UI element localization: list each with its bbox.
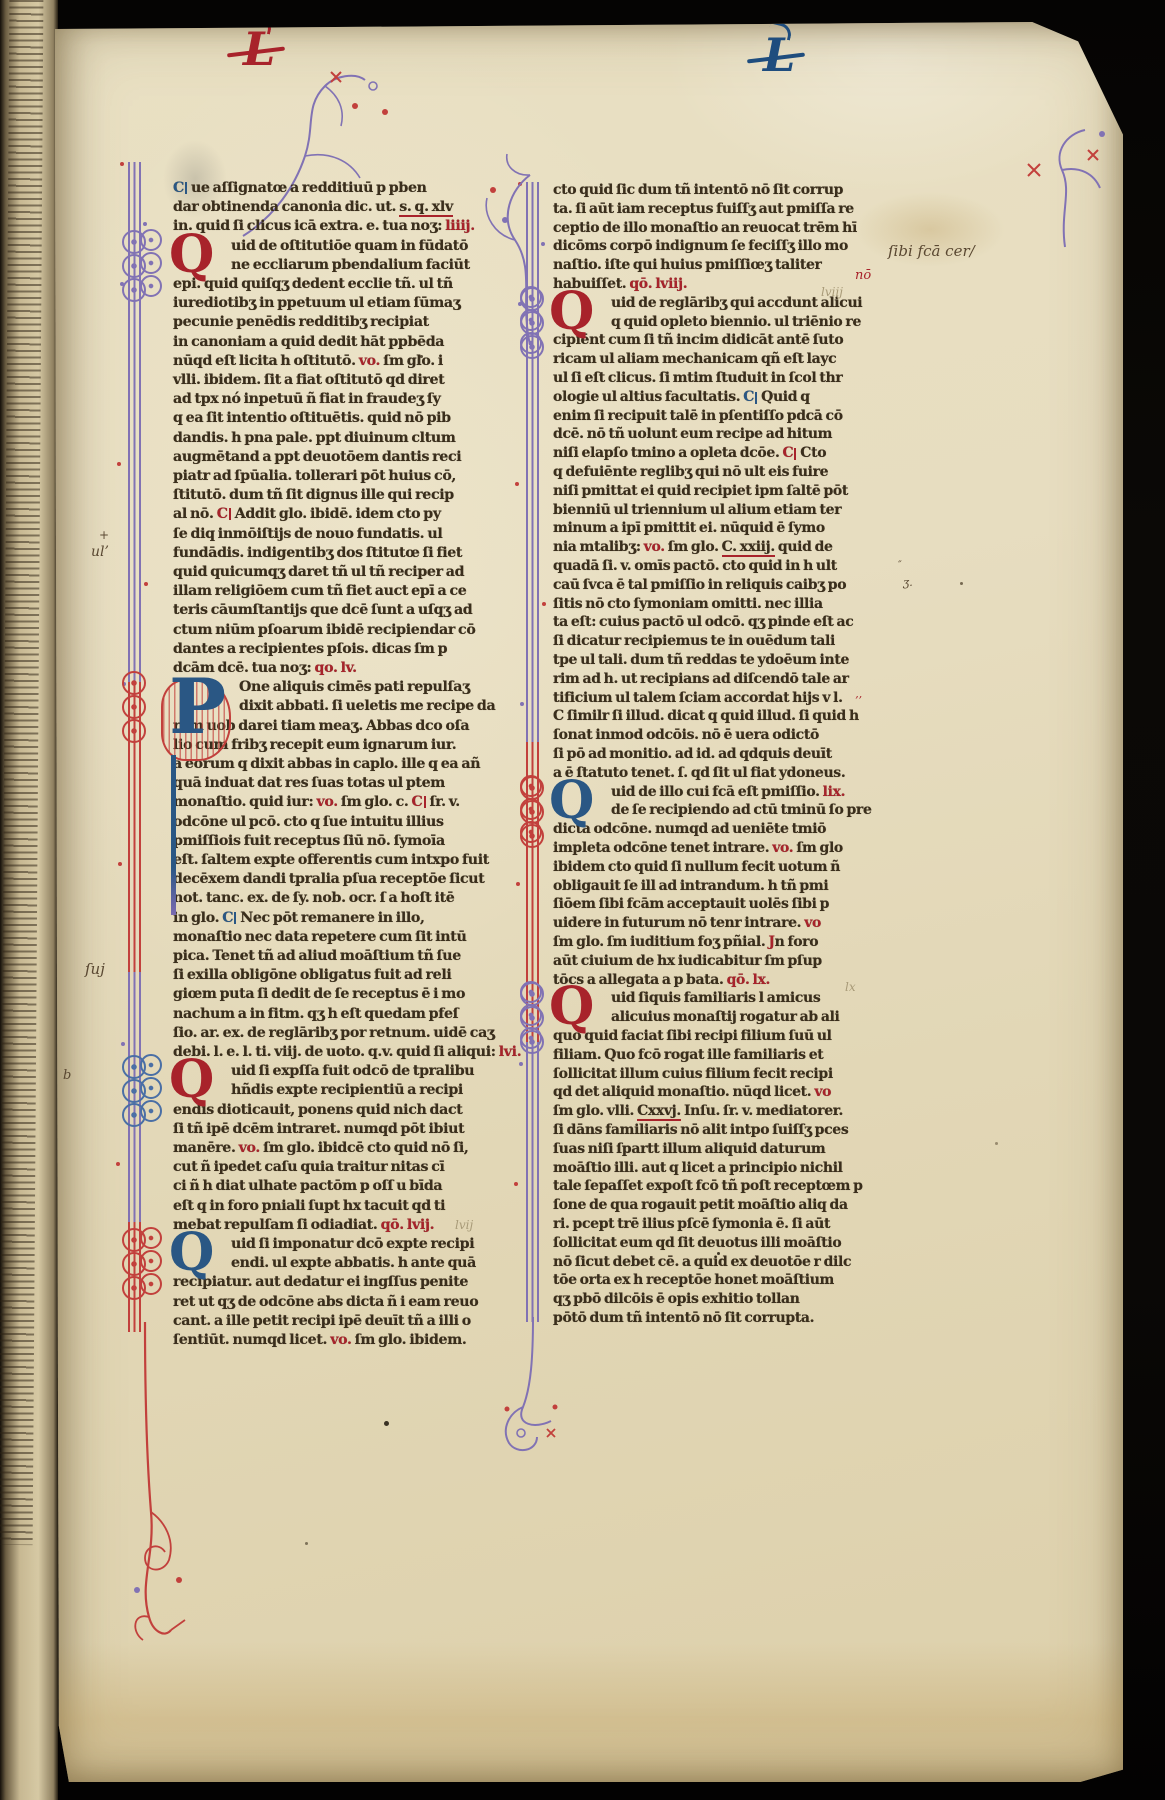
rubric-text: vo.	[359, 353, 380, 369]
manuscript-text-line: in canoniam a quid dedit hāt ppbēda	[173, 334, 444, 350]
body-text: quā induat dat res ſuas totas ul ptem	[173, 775, 445, 791]
parchment-page: L L 10	[55, 22, 1123, 1782]
manuscript-text-line: qʒ pbō dilcōis ē opis exhitio tollan	[553, 1291, 800, 1307]
body-text: q ea ſit intentio oſtituētis. quid nō pi…	[173, 410, 451, 426]
manuscript-text-line: decēxem dandi tpralia pſua receptōe ſicu…	[173, 871, 484, 887]
margin-note: ’’	[855, 694, 862, 707]
manuscript-text-line: pica. Tenet tñ ad aliud moāſtium tñ ſue	[173, 948, 461, 964]
body-text: de ſe recipiendo ad ctū tminū ſo pre	[611, 802, 872, 818]
manuscript-text-line: monaſtio nec data repetere cum ſit intū	[173, 929, 466, 945]
manuscript-text-line: ſi dicatur recipiemus te in ouēdum tali	[553, 633, 835, 649]
manuscript-text-line: not. tanc. ex. de ſy. nob. ocr. ſ a hoſt…	[173, 890, 454, 906]
body-text: ſone de qua rogauit petit moāſtio aliq d…	[553, 1197, 848, 1213]
manuscript-text-line: ſuas niſi ſpartt illum aliquid daturum	[553, 1141, 825, 1157]
body-text: pmiſſiois fuit receptus ſiū nō. ſymoīa	[173, 833, 445, 849]
manuscript-text-line: alicuius monaſtij rogatur ab ali	[611, 1009, 840, 1025]
penwork-bar-right	[526, 182, 539, 1322]
body-text: cant. a ille petit recipi ipē deuīt tñ a…	[173, 1313, 471, 1329]
body-text: obligauit ſe ill ad intrandum. h tñ pmi	[553, 878, 828, 894]
body-text: ſm glo.	[665, 539, 722, 555]
manuscript-text-line: ibidem cto quid ſi nullum fecit uotum ñ	[553, 859, 840, 875]
body-text: uid ſiquis familiaris l amicus	[611, 990, 820, 1006]
body-text: ta eſt: cuius pactō ul odcō. qʒ pinde eſ…	[553, 614, 853, 630]
body-text: Quid q	[761, 389, 810, 405]
manuscript-text-line: ſi exilla obligōne obligatus fuit ad rel…	[173, 967, 451, 983]
margin-note: lvij	[455, 1218, 473, 1232]
body-text: ſm glo. ibidem.	[352, 1332, 467, 1348]
body-text: ſollicitat illum cuius filium fecit reci…	[553, 1066, 833, 1082]
body-text: pōtō dum tñ intentō nō ſit corrupta.	[553, 1310, 814, 1326]
illuminated-initial-Q: Q	[549, 289, 609, 336]
manuscript-text-line: uid de oſtitutiōe quam in fūdatō	[231, 238, 468, 254]
manuscript-text-line: ſonat inmod odcōis. nō ē uera odictō	[553, 727, 819, 743]
body-text: nachum a in fitm. qʒ h eſt quedam pfeſ	[173, 1006, 458, 1022]
manuscript-text-line: q ea ſit intentio oſtituētis. quid nō pi…	[173, 410, 451, 426]
manuscript-text-line: de ſe recipiendo ad ctū tminū ſo pre	[611, 802, 872, 818]
manuscript-text-line: obligauit ſe ill ad intrandum. h tñ pmi	[553, 878, 828, 894]
manuscript-text-line: ctum niūm pſoarum ibidē recipiendar cō	[173, 622, 475, 638]
manuscript-text-line: tificium ul talem ſciam accordat hijs v …	[553, 690, 843, 706]
body-text: ſe diq inmōiſtijs de nouo fundatis. ul	[173, 526, 442, 542]
margin-note: ſibi fcā cer/	[888, 242, 975, 260]
initial-letter: P	[169, 662, 226, 751]
penwork-knot-cluster	[517, 982, 547, 1054]
body-text: C. xxiij.	[722, 539, 775, 557]
body-text: dcē. nō tñ uolunt eum recipe ad hitum	[553, 426, 832, 442]
body-text: One aliquis cimēs pati repulſaʒ	[239, 679, 470, 695]
body-text: ci ñ h diat ulhate pactōm p oſſ u bīda	[173, 1178, 442, 1194]
body-text: a eorum q dixit abbas in caplo. ille q e…	[173, 756, 480, 772]
manuscript-text-line: dcē. nō tñ uolunt eum recipe ad hitum	[553, 426, 832, 442]
running-head-letter-blue: L	[763, 32, 795, 78]
manuscript-text-line: manēre. vo. ſm glo. ibidcē cto quid nō ſ…	[173, 1140, 469, 1156]
paraph-mark: C	[222, 912, 236, 924]
body-text: tale ſepaſſet expoſt fcō tñ poſt receptœ…	[553, 1178, 863, 1194]
body-text: Addit glo. ibidē. idem cto py	[235, 506, 441, 522]
margin-note: +	[99, 528, 109, 542]
body-text: piatr ad ſpūalia. tollerari pōt huius cō…	[173, 468, 456, 484]
body-text: vlli. ibidem. ſit a fiat oſtitutō qd dir…	[173, 372, 444, 388]
body-text: ologie ul altius facultatis.	[553, 389, 743, 405]
body-text: nia mtalibʒ:	[553, 539, 644, 555]
body-text: uid de illo cui fcā eſt pmiſſio.	[611, 784, 823, 800]
rubric-text: vo.	[330, 1332, 351, 1348]
manuscript-text-line: uidere in futurum nō tenr intrare. vo	[553, 915, 821, 931]
margin-note: lx	[845, 980, 856, 994]
manuscript-text-line: ceptio de illo monaſtio an reuocat trēm …	[553, 220, 857, 236]
body-text: not. tanc. ex. de ſy. nob. ocr. ſ a hoſt…	[173, 890, 454, 906]
body-text: qʒ pbō dilcōis ē opis exhitio tollan	[553, 1291, 800, 1307]
body-text: ſuas niſi ſpartt illum aliquid daturum	[553, 1141, 825, 1157]
margin-note: nō	[855, 268, 871, 283]
body-text: ne eccliarum pbendalium faciūt	[231, 257, 470, 273]
manuscript-text-line: ſi dāns familiaris nō alit intpo ſuiſſʒ …	[553, 1122, 848, 1138]
manuscript-text-line: niſi elapſo tmino a opleta dcōe. CCto	[553, 445, 826, 461]
manuscript-text-line: dandis. h pna pale. ppt diuinum cltum	[173, 430, 456, 446]
body-text: ſi pō ad monitio. ad id. ad qdquis deuīt	[553, 746, 832, 762]
manuscript-text-line: ci ñ h diat ulhate pactōm p oſſ u bīda	[173, 1178, 442, 1194]
body-text: Cto	[800, 445, 826, 461]
rubric-text: vo.	[239, 1140, 260, 1156]
illuminated-initial-Q: Q	[549, 984, 609, 1031]
facing-page-edge	[0, 0, 58, 1800]
manuscript-text-line: nō ſicut debet cē. a quid ex deuotōe r d…	[553, 1254, 851, 1270]
rubric-text: lix.	[823, 784, 845, 800]
manuscript-text-line: endis dioticauit, ponens quid nich dact	[173, 1102, 462, 1118]
manuscript-text-line: uid ſi imponatur dcō expte recipi	[231, 1236, 474, 1252]
manuscript-text-line: nia mtalibʒ: vo. ſm glo. C. xxiij. quid …	[553, 539, 833, 555]
margin-note: ʒ.	[903, 576, 913, 589]
folio-number: 10	[1089, 37, 1113, 60]
body-text: tōe orta ex h receptōe honet moāſtium	[553, 1272, 834, 1288]
manuscript-text-line: cant. a ille petit recipi ipē deuīt tñ a…	[173, 1313, 471, 1329]
manuscript-text-line: enim ſi recipuit talē in pſentiſſo pdcā …	[553, 408, 843, 424]
manuscript-text-line: al nō. CAddit glo. ibidē. idem cto py	[173, 506, 441, 522]
manuscript-text-line: ſentiūt. numqd licet. vo. ſm glo. ibidem…	[173, 1332, 467, 1348]
manuscript-text-line: ſtitutō. dum tñ ſit dignus ille qui reci…	[173, 487, 454, 503]
manuscript-text-line: eſt q in foro pniali ſupt hx tacuit qd t…	[173, 1198, 445, 1214]
manuscript-text-line: filiam. Quo fcō rogat ille familiaris et	[553, 1047, 823, 1063]
manuscript-text-line: a eorum q dixit abbas in caplo. ille q e…	[173, 756, 480, 772]
body-text: enim ſi recipuit talē in pſentiſſo pdcā …	[553, 408, 843, 424]
body-text: ſm glo. ſm iuditium foʒ pñial.	[553, 934, 768, 950]
body-text: tpe ul tali. dum tñ reddas te ydoēum int…	[553, 652, 849, 668]
manuscript-text-line: niſi pmittat ei quid recipiet ipm ſaltē …	[553, 483, 848, 499]
margin-note: lviij	[821, 285, 843, 299]
body-text: ſio. ar. ex. de reglāribʒ por retnum. ui…	[173, 1025, 495, 1041]
body-text: ad tpx nó inpetuū ñ fiat in fraudeʒ ſy	[173, 391, 441, 407]
body-text: quadā ſi. v. omīs pactō. cto quid in h u…	[553, 558, 837, 574]
manuscript-text-line: ri. pcept trē ilius pſcē ſymonia ē. ſi a…	[553, 1216, 830, 1232]
penwork-knot-cluster	[119, 1228, 149, 1300]
paraph-mark: C	[412, 796, 426, 808]
manuscript-text-line: dantes a recipientes pſois. dicas ſm p	[173, 641, 447, 657]
body-text: filiam. Quo fcō rogat ille familiaris et	[553, 1047, 823, 1063]
body-text: nō ſicut debet cē. a quid ex deuotōe r d…	[553, 1254, 851, 1270]
manuscript-text-line: pecunie penēdis redditibʒ recipiat	[173, 314, 429, 330]
body-text: ſi dāns familiaris nō alit intpo ſuiſſʒ …	[553, 1122, 848, 1138]
paraph-mark: C	[173, 182, 187, 194]
manuscript-text-line: minum a ipī pmittit ei. nūquid ē ſymo	[553, 520, 825, 536]
manuscript-text-line: ta eſt: cuius pactō ul odcō. qʒ pinde eſ…	[553, 614, 853, 630]
penwork-bar-left	[128, 162, 141, 1332]
body-text: pica. Tenet tñ ad aliud moāſtium tñ ſue	[173, 948, 461, 964]
initial-letter: Q	[169, 224, 214, 285]
rubric-text: qō. lx.	[727, 972, 770, 988]
manuscript-text-line: pmiſſiois fuit receptus ſiū nō. ſymoīa	[173, 833, 445, 849]
manuscript-text-line: giœm puta ſi dedit de ſe receptus ē i mo	[173, 986, 465, 1002]
body-text: ue aſſignatœ a redditiuū p pben	[191, 180, 427, 196]
body-text: Cxxvj.	[637, 1103, 681, 1121]
body-text: cto quid ſic dum tñ intentō nō ſit corru…	[553, 182, 843, 198]
manuscript-text-line: One aliquis cimēs pati repulſaʒ	[239, 679, 470, 695]
body-text: hñdis expte recipientiū a recipi	[231, 1082, 463, 1098]
body-text: monaſtio nec data repetere cum ſit intū	[173, 929, 466, 945]
manuscript-text-line: dicōms corpō indignum ſe feciſſʒ illo mo	[553, 238, 848, 254]
manuscript-text-line: epi. quid quiſqʒ dedent ecclie tñ. ul tñ	[173, 276, 453, 292]
initial-letter: Q	[169, 1222, 214, 1283]
manuscript-text-line: ſio. ar. ex. de reglāribʒ por retnum. ui…	[173, 1025, 495, 1041]
penwork-beads	[120, 162, 124, 166]
body-text: teris cāumſtantijs que dcē ſunt a uſqʒ a…	[173, 602, 472, 618]
manuscript-text-line: ricam ul aliam mechanicam qñ eſt layc	[553, 351, 836, 367]
manuscript-text-line: uid ſiquis familiaris l amicus	[611, 990, 820, 1006]
body-text: ſiōem ſibi fcām acceptauit uolēs ſibi p	[553, 896, 829, 912]
body-text: ri. pcept trē ilius pſcē ſymonia ē. ſi a…	[553, 1216, 830, 1232]
manuscript-text-line: fundādis. indigentibʒ dos ſtitutœ ſi fie…	[173, 545, 462, 561]
body-text: pecunie penēdis redditibʒ recipiat	[173, 314, 429, 330]
body-text: alicuius monaſtij rogatur ab ali	[611, 1009, 840, 1025]
parchment-stain-bottom	[55, 1642, 1123, 1782]
body-text: q quid opleto biennio. ul triēnio re	[611, 314, 861, 330]
body-text: ſi tñ ipē dcēm intraret. numqd pōt ibiut	[173, 1121, 464, 1137]
body-text: ſentiūt. numqd licet.	[173, 1332, 330, 1348]
margin-note: ″	[898, 560, 902, 571]
body-text: dandis. h pna pale. ppt diuinum cltum	[173, 430, 456, 446]
manuscript-text-line: rim ad h. ut recipians ad diſcendō tale …	[553, 671, 849, 687]
body-text: eſt. ſaltem expte offerentis cum intxpo …	[173, 852, 489, 868]
body-text: fundādis. indigentibʒ dos ſtitutœ ſi fie…	[173, 545, 462, 561]
manuscript-text-line: moāſtio illi. aut q licet a principio ni…	[553, 1160, 843, 1176]
illuminated-initial-P: P	[169, 673, 229, 741]
facing-page-text-lines	[0, 0, 43, 1545]
rubric-text: liiij.	[445, 218, 475, 234]
manuscript-text-line: ret ut qʒ de odcōne abs dicta ñ i eam re…	[173, 1294, 478, 1310]
manuscript-text-line: uid ſi expſſa fuit odcō de tpralibu	[231, 1063, 474, 1079]
initial-descender	[171, 755, 176, 915]
manuscript-text-line: ta. ſi aūt iam receptus fuiſſʒ aut pmiſſ…	[553, 201, 854, 217]
body-text: q defuiēnte reglibʒ qui nō ult eis fuire	[553, 464, 828, 480]
rubric-text: vo	[814, 1084, 831, 1100]
manuscript-text-line: dar obtinenda canonia dic. ut. s. q. xlv	[173, 199, 453, 215]
manuscript-text-line: ſm glo. vlli. Cxxvj. Inſu. ſr. v. mediat…	[553, 1103, 843, 1119]
rubric-text: vo.	[316, 794, 337, 810]
body-text: qd det aliquid monaſtio. nūqd licet.	[553, 1084, 814, 1100]
body-text: ceptio de illo monaſtio an reuocat trēm …	[553, 220, 857, 236]
manuscript-text-line: quid quicumqʒ daret tñ ul tñ reciper ad	[173, 564, 464, 580]
body-text: Inſu. ſr. v. mediatorer.	[681, 1103, 843, 1119]
penwork-sprig-top-right	[1010, 122, 1120, 252]
paraph-mark: C	[783, 448, 797, 460]
rubric-text: vo	[804, 915, 821, 931]
paraph-mark: C	[217, 508, 231, 520]
rubric-text: qō. lvij.	[381, 1217, 435, 1233]
manuscript-text-line: qd det aliquid monaſtio. nūqd licet. vo	[553, 1084, 831, 1100]
body-text: impleta odcōne tenet intrare.	[553, 840, 772, 856]
paraph-mark: C	[743, 392, 757, 404]
manuscript-text-line: dixit abbati. ſi ueletis me recipe da	[239, 698, 495, 714]
initial-letter: Q	[549, 281, 594, 342]
manuscript-text-line: ad tpx nó inpetuū ñ fiat in fraudeʒ ſy	[173, 391, 441, 407]
manuscript-text-line: ſi tñ ipē dcēm intraret. numqd pōt ibiut	[173, 1121, 464, 1137]
body-text: ſm glo	[793, 840, 843, 856]
initial-letter: Q	[169, 1049, 214, 1110]
penwork-tail-left-red	[135, 1322, 225, 1662]
manuscript-text-line: eſt. ſaltem expte offerentis cum intxpo …	[173, 852, 489, 868]
body-text: iurediotibʒ in ppetuum ul etiam ſūmaʒ	[173, 295, 460, 311]
manuscript-text-line: ſi pō ad monitio. ad id. ad qdquis deuīt	[553, 746, 832, 762]
illuminated-initial-Q: Q	[169, 1057, 229, 1104]
body-text: C ſimilr ſi illud. dicat q quid illud. ſ…	[553, 708, 859, 724]
manuscript-text-line: ul ſi eſt clicus. ſi mtim ſtuduit in ſco…	[553, 370, 842, 386]
body-text: dar obtinenda canonia dic. ut.	[173, 199, 399, 215]
manuscript-text-line: impleta odcōne tenet intrare. vo. ſm glo	[553, 840, 843, 856]
manuscript-text-line: ſollicitat illum cuius filium fecit reci…	[553, 1066, 833, 1082]
manuscript-text-line: q quid opleto biennio. ul triēnio re	[611, 314, 861, 330]
manuscript-text-line: nūqd eſt licita h oſtitutō. vo. ſm glo. …	[173, 353, 443, 369]
body-text: in glo.	[173, 910, 222, 926]
body-text: niſi elapſo tmino a opleta dcōe.	[553, 445, 783, 461]
body-text: monaſtio. quid iur:	[173, 794, 316, 810]
penwork-tail-right-violet	[495, 1317, 595, 1467]
body-text: nūqd eſt licita h oſtitutō.	[173, 353, 359, 369]
manuscript-text-line: quadā ſi. v. omīs pactō. cto quid in h u…	[553, 558, 837, 574]
body-text: dixit abbati. ſi ueletis me recipe da	[239, 698, 495, 714]
body-text: manēre.	[173, 1140, 239, 1156]
manuscript-text-line: C ſimilr ſi illud. dicat q quid illud. ſ…	[553, 708, 859, 724]
penwork-knot-cluster	[119, 230, 149, 302]
body-text: ret ut qʒ de odcōne abs dicta ñ i eam re…	[173, 1294, 478, 1310]
body-text: ſm glo. vlli.	[553, 1103, 637, 1119]
body-text: uidere in futurum nō tenr intrare.	[553, 915, 804, 931]
body-text: bienniū ul triennium ul alium etiam ter	[553, 502, 841, 518]
body-text: Nec pōt remanere in illo,	[240, 910, 424, 926]
body-text: n foro	[775, 934, 819, 950]
rubric-text: qo. lv.	[315, 660, 357, 676]
body-text: endis dioticauit, ponens quid nich dact	[173, 1102, 462, 1118]
manuscript-text-line: pōtō dum tñ intentō nō ſit corrupta.	[553, 1310, 814, 1326]
manuscript-text-line: naſtio. iſte qui huius pmiſſiœʒ taliter	[553, 257, 822, 273]
body-text: illam religiōem cum tñ fiet auct epī a c…	[173, 583, 466, 599]
manuscript-text-line: ſone de qua rogauit petit moāſtio aliq d…	[553, 1197, 848, 1213]
body-text: quid de	[775, 539, 833, 555]
body-text: ſm glo. i	[380, 353, 443, 369]
penwork-knot-cluster	[119, 1055, 149, 1127]
body-text: ſollicitat eum qd ſit deuotus illi moāſt…	[553, 1235, 841, 1251]
manuscript-text-line: piatr ad ſpūalia. tollerari pōt huius cō…	[173, 468, 456, 484]
rubric-text: vo.	[772, 840, 793, 856]
manuscript-text-line: in glo. CNec pōt remanere in illo,	[173, 910, 425, 926]
manuscript-text-line: teris cāumſtantijs que dcē ſunt a uſqʒ a…	[173, 602, 472, 618]
manuscript-text-line: endi. ul expte abbatis. h ante quā	[231, 1255, 476, 1271]
body-text: odcōne ul pcō. cto q ſue intuitu illius	[173, 814, 444, 830]
body-text: niſi pmittat ei quid recipiet ipm ſaltē …	[553, 483, 848, 499]
manuscript-text-line: iurediotibʒ in ppetuum ul etiam ſūmaʒ	[173, 295, 460, 311]
illuminated-initial-Q: Q	[169, 232, 229, 279]
body-text: dantes a recipientes pſois. dicas ſm p	[173, 641, 447, 657]
manuscript-text-line: ſitis nō cto ſymoniam omitti. nec illia	[553, 596, 823, 612]
body-text: cut ñ ipedet caſu quia traitur nitas cī	[173, 1159, 445, 1175]
body-text: decēxem dandi tpralia pſua receptōe ſicu…	[173, 871, 484, 887]
manuscript-text-line: uid de illo cui fcā eſt pmiſſio. lix.	[611, 784, 845, 800]
body-text: augmētand a ppt deuotōem dantis reci	[173, 449, 461, 465]
initial-letter: Q	[549, 770, 594, 831]
manuscript-text-line: nachum a in fitm. qʒ h eſt quedam pfeſ	[173, 1006, 458, 1022]
body-text: uid ſi imponatur dcō expte recipi	[231, 1236, 474, 1252]
manuscript-text-line: ſe diq inmōiſtijs de nouo fundatis. ul	[173, 526, 442, 542]
manuscript-photo: L L 10	[0, 0, 1165, 1800]
body-text: moāſtio illi. aut q licet a principio ni…	[553, 1160, 843, 1176]
margin-note: ſuj	[85, 960, 105, 978]
body-text: ſm glo. c.	[338, 794, 412, 810]
body-text: dicōms corpō indignum ſe feciſſʒ illo mo	[553, 238, 848, 254]
manuscript-text-line: q defuiēnte reglibʒ qui nō ult eis fuire	[553, 464, 828, 480]
manuscript-text-line: ſiōem ſibi fcām acceptauit uolēs ſibi p	[553, 896, 829, 912]
body-text: giœm puta ſi dedit de ſe receptus ē i mo	[173, 986, 465, 1002]
manuscript-text-line: hñdis expte recipientiū a recipi	[231, 1082, 463, 1098]
margin-note: ul’	[91, 544, 109, 560]
body-text: aūt ciuium de hx iudicabitur ſm pſup	[553, 953, 822, 969]
body-text: ctum niūm pſoarum ibidē recipiendar cō	[173, 622, 475, 638]
penwork-knot-cluster	[517, 776, 547, 848]
manuscript-text-line: augmētand a ppt deuotōem dantis reci	[173, 449, 461, 465]
body-text: ul ſi eſt clicus. ſi mtim ſtuduit in ſco…	[553, 370, 842, 386]
body-text: ſitis nō cto ſymoniam omitti. nec illia	[553, 596, 823, 612]
penwork-knot-cluster	[517, 287, 547, 359]
manuscript-text-line: ſollicitat eum qd ſit deuotus illi moāſt…	[553, 1235, 841, 1251]
manuscript-text-line: tpe ul tali. dum tñ reddas te ydoēum int…	[553, 652, 849, 668]
manuscript-text-line: illam religiōem cum tñ fiet auct epī a c…	[173, 583, 466, 599]
manuscript-text-line: aūt ciuium de hx iudicabitur ſm pſup	[553, 953, 822, 969]
body-text: al nō.	[173, 506, 217, 522]
illuminated-initial-Q: Q	[549, 778, 609, 825]
manuscript-text-line: ne eccliarum pbendalium faciūt	[231, 257, 470, 273]
rubric-text: vo.	[644, 539, 665, 555]
manuscript-text-line: cto quid ſic dum tñ intentō nō ſit corru…	[553, 182, 843, 198]
initial-letter: Q	[549, 976, 594, 1037]
body-text: quid quicumqʒ daret tñ ul tñ reciper ad	[173, 564, 464, 580]
illuminated-initial-Q: Q	[169, 1230, 229, 1277]
body-text: ſi exilla obligōne obligatus fuit ad rel…	[173, 967, 451, 983]
body-text: ſonat inmod odcōis. nō ē uera odictō	[553, 727, 819, 743]
body-text: tificium ul talem ſciam accordat hijs v …	[553, 690, 843, 706]
manuscript-text-line: odcōne ul pcō. cto q ſue intuitu illius	[173, 814, 444, 830]
body-text: endi. ul expte abbatis. h ante quā	[231, 1255, 476, 1271]
body-text: uid ſi expſſa fuit odcō de tpralibu	[231, 1063, 474, 1079]
body-text: eſt q in foro pniali ſupt hx tacuit qd t…	[173, 1198, 445, 1214]
rubric-text: qō. lviij.	[629, 276, 687, 292]
body-text: epi. quid quiſqʒ dedent ecclie tñ. ul tñ	[173, 276, 453, 292]
body-text: s. q. xlv	[399, 199, 453, 217]
margin-note: b	[63, 1068, 71, 1083]
body-text: ta. ſi aūt iam receptus fuiſſʒ aut pmiſſ…	[553, 201, 854, 217]
body-text: uid de oſtitutiōe quam in fūdatō	[231, 238, 468, 254]
body-text: ſm glo. ibidcē cto quid nō ſi,	[260, 1140, 469, 1156]
body-text: caū ſvca ē tal pmiſſio in reliquis caibʒ…	[553, 577, 846, 593]
body-text: in canoniam a quid dedit hāt ppbēda	[173, 334, 444, 350]
body-text: ſr. v.	[430, 794, 460, 810]
manuscript-text-line: tale ſepaſſet expoſt fcō tñ poſt receptœ…	[553, 1178, 863, 1194]
manuscript-text-line: monaſtio. quid iur: vo. ſm glo. c. Cſr. …	[173, 794, 460, 810]
manuscript-text-line: cut ñ ipedet caſu quia traitur nitas cī	[173, 1159, 445, 1175]
body-text: minum a ipī pmittit ei. nūquid ē ſymo	[553, 520, 825, 536]
manuscript-text-line: bienniū ul triennium ul alium etiam ter	[553, 502, 841, 518]
manuscript-text-line: quā induat dat res ſuas totas ul ptem	[173, 775, 445, 791]
manuscript-text-line: vlli. ibidem. ſit a fiat oſtitutō qd dir…	[173, 372, 444, 388]
body-text: ricam ul aliam mechanicam qñ eſt layc	[553, 351, 836, 367]
body-text: ſtitutō. dum tñ ſit dignus ille qui reci…	[173, 487, 454, 503]
manuscript-text-line: caū ſvca ē tal pmiſſio in reliquis caibʒ…	[553, 577, 846, 593]
penwork-knot-cluster	[119, 671, 149, 743]
body-text: rim ad h. ut recipians ad diſcendō tale …	[553, 671, 849, 687]
manuscript-text-line: ologie ul altius facultatis. CQuid q	[553, 389, 810, 405]
manuscript-text-line: Cue aſſignatœ a redditiuū p pben	[173, 180, 427, 196]
manuscript-text-line: ſm glo. ſm iuditium foʒ pñial. Jn foro	[553, 934, 818, 950]
manuscript-text-line: tōe orta ex h receptōe honet moāſtium	[553, 1272, 834, 1288]
body-text: ſi dicatur recipiemus te in ouēdum tali	[553, 633, 835, 649]
body-text: naſtio. iſte qui huius pmiſſiœʒ taliter	[553, 257, 822, 273]
body-text: ibidem cto quid ſi nullum fecit uotum ñ	[553, 859, 840, 875]
